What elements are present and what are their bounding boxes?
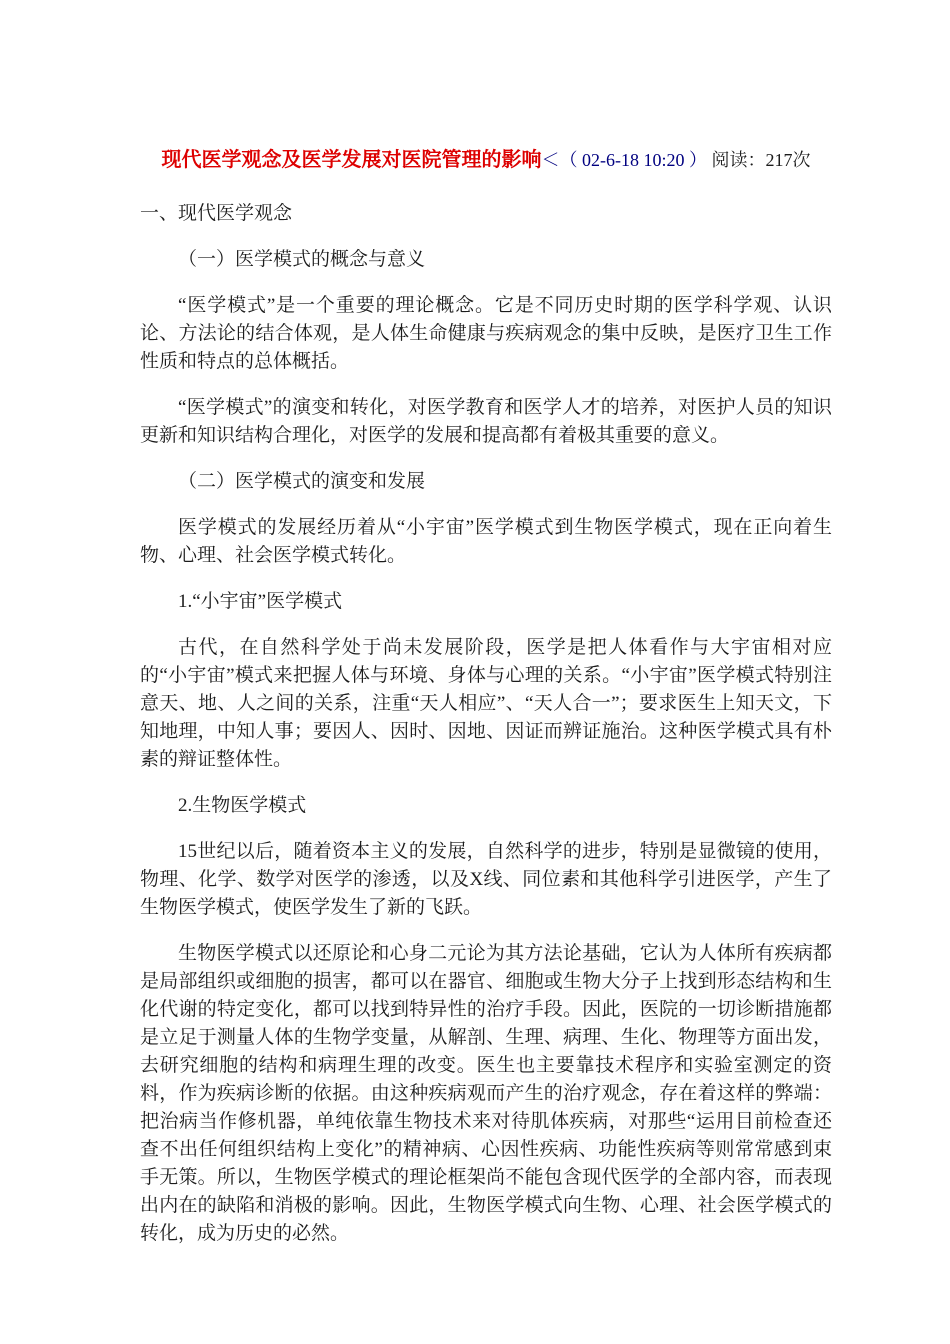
paragraph-model-evolution-overview: 医学模式的发展经历着从“小宇宙”医学模式到生物医学模式，现在正向着生物、心理、社… [140, 514, 832, 570]
paragraph-biomedical-model-origin: 15世纪以后，随着资本主义的发展，自然科学的进步，特别是显微镜的使用，物理、化学… [140, 838, 832, 922]
paragraph-microcosm-model-description: 古代，在自然科学处于尚未发展阶段，医学是把人体看作与大宇宙相对应的“小宇宙”模式… [140, 634, 832, 774]
paragraph-medical-model-significance: “医学模式”的演变和转化，对医学教育和医学人才的培养，对医护人员的知识更新和知识… [140, 394, 832, 450]
document-page: 现代医学观念及医学发展对医院管理的影响＜（ 02-6-18 10:20 ） 阅读… [0, 0, 950, 1344]
paragraph-medical-model-definition: “医学模式”是一个重要的理论概念。它是不同历史时期的医学科学观、认识论、方法论的… [140, 292, 832, 376]
subsection-heading-concept-and-meaning: （一）医学模式的概念与意义 [140, 246, 832, 274]
subsection-heading-microcosm-model: 1.“小宇宙”医学模式 [140, 588, 832, 616]
subsection-heading-evolution-and-development: （二）医学模式的演变和发展 [140, 468, 832, 496]
document-header: 现代医学观念及医学发展对医院管理的影响＜（ 02-6-18 10:20 ） 阅读… [140, 146, 832, 175]
publish-datetime: ＜（ 02-6-18 10:20 ） [542, 150, 708, 170]
section-heading-modern-medical-concepts: 一、现代医学观念 [140, 200, 832, 228]
page-title: 现代医学观念及医学发展对医院管理的影响 [162, 149, 542, 171]
paragraph-biomedical-model-limitations: 生物医学模式以还原论和心身二元论为其方法论基础，它认为人体所有疾病都是局部组织或… [140, 940, 832, 1248]
subsection-heading-biomedical-model: 2.生物医学模式 [140, 792, 832, 820]
read-count: 阅读：217次 [707, 150, 811, 170]
